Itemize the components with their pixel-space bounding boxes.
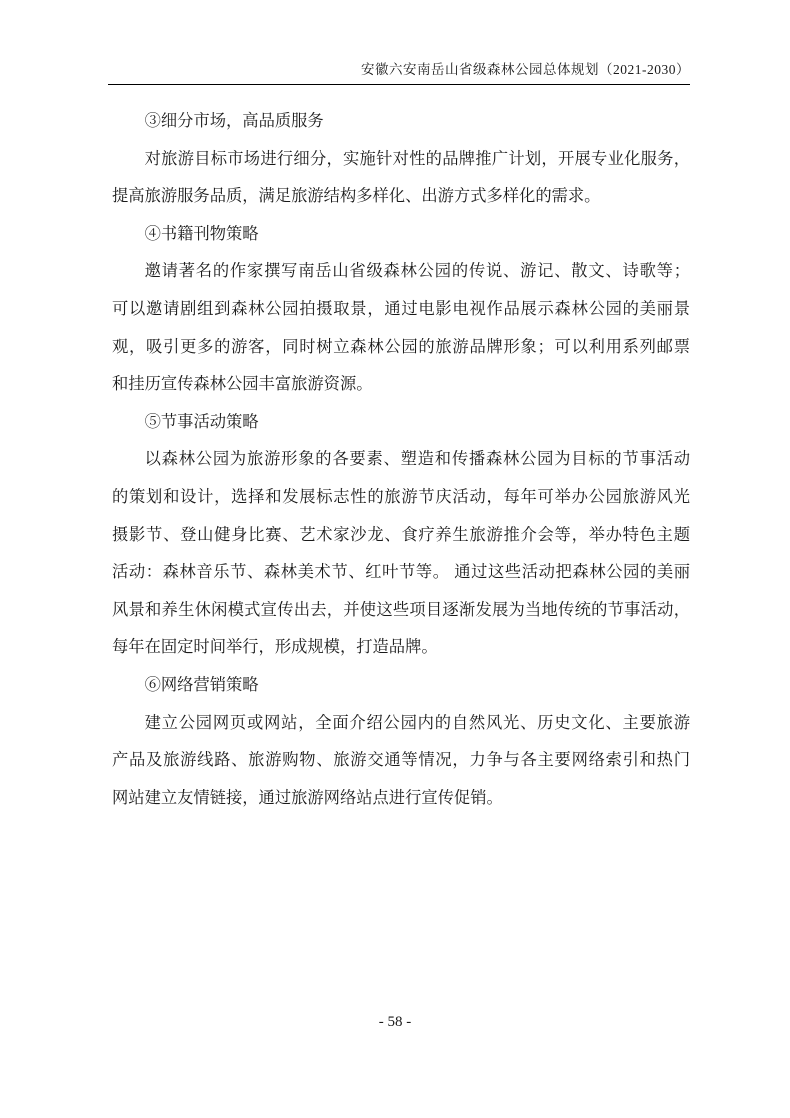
text-line: 风景和养生休闲模式宣传出去，并使这些项目逐渐发展为当地传统的节事活动， [112, 591, 690, 629]
text-line: 以森林公园为旅游形象的各要素、塑造和传播森林公园为目标的节事活动 [112, 440, 690, 478]
paragraph: 对旅游目标市场进行细分，实施针对性的品牌推广计划，开展专业化服务，提高旅游服务品… [112, 140, 690, 215]
text-line: ⑥网络营销策略 [112, 666, 690, 704]
text-line: 摄影节、登山健身比赛、艺术家沙龙、食疗养生旅游推介会等，举办特色主题 [112, 516, 690, 554]
text-line: 可以邀请剧组到森林公园拍摄取景，通过电影电视作品展示森林公园的美丽景 [112, 290, 690, 328]
text-line: 网站建立友情链接，通过旅游网络站点进行宣传促销。 [112, 779, 690, 817]
text-line: 建立公园网页或网站，全面介绍公园内的自然风光、历史文化、主要旅游 [112, 704, 690, 742]
text-line: 观，吸引更多的游客，同时树立森林公园的旅游品牌形象；可以利用系列邮票 [112, 328, 690, 366]
text-line: 活动：森林音乐节、森林美术节、红叶节等。 通过这些活动把森林公园的美丽 [112, 553, 690, 591]
paragraph: 以森林公园为旅游形象的各要素、塑造和传播森林公园为目标的节事活动的策划和设计，选… [112, 440, 690, 666]
text-line: 每年在固定时间举行，形成规模，打造品牌。 [112, 628, 690, 666]
paragraph: 邀请著名的作家撰写南岳山省级森林公园的传说、游记、散文、诗歌等；可以邀请剧组到森… [112, 252, 690, 402]
paragraph: ④书籍刊物策略 [112, 215, 690, 253]
text-line: 和挂历宣传森林公园丰富旅游资源。 [112, 365, 690, 403]
page-number: - 58 - [379, 1014, 412, 1030]
document-body: ③细分市场，高品质服务对旅游目标市场进行细分，实施针对性的品牌推广计划，开展专业… [112, 102, 690, 816]
paragraph: ③细分市场，高品质服务 [112, 102, 690, 140]
paragraph: ⑥网络营销策略 [112, 666, 690, 704]
text-line: ⑤节事活动策略 [112, 403, 690, 441]
text-line: 的策划和设计，选择和发展标志性的旅游节庆活动，每年可举办公园旅游风光 [112, 478, 690, 516]
header-rule [108, 84, 690, 85]
header-title: 安徽六安南岳山省级森林公园总体规划（2021-2030） [361, 61, 690, 79]
text-line: 产品及旅游线路、旅游购物、旅游交通等情况，力争与各主要网络索引和热门 [112, 741, 690, 779]
page-footer: - 58 - [0, 1011, 790, 1033]
text-line: 对旅游目标市场进行细分，实施针对性的品牌推广计划，开展专业化服务， [112, 140, 690, 178]
text-line: ④书籍刊物策略 [112, 215, 690, 253]
paragraph: 建立公园网页或网站，全面介绍公园内的自然风光、历史文化、主要旅游产品及旅游线路、… [112, 704, 690, 817]
document-page: 安徽六安南岳山省级森林公园总体规划（2021-2030） ③细分市场，高品质服务… [0, 0, 790, 1118]
text-line: 提高旅游服务品质，满足旅游结构多样化、出游方式多样化的需求。 [112, 177, 690, 215]
text-line: 邀请著名的作家撰写南岳山省级森林公园的传说、游记、散文、诗歌等； [112, 252, 690, 290]
paragraph: ⑤节事活动策略 [112, 403, 690, 441]
text-line: ③细分市场，高品质服务 [112, 102, 690, 140]
